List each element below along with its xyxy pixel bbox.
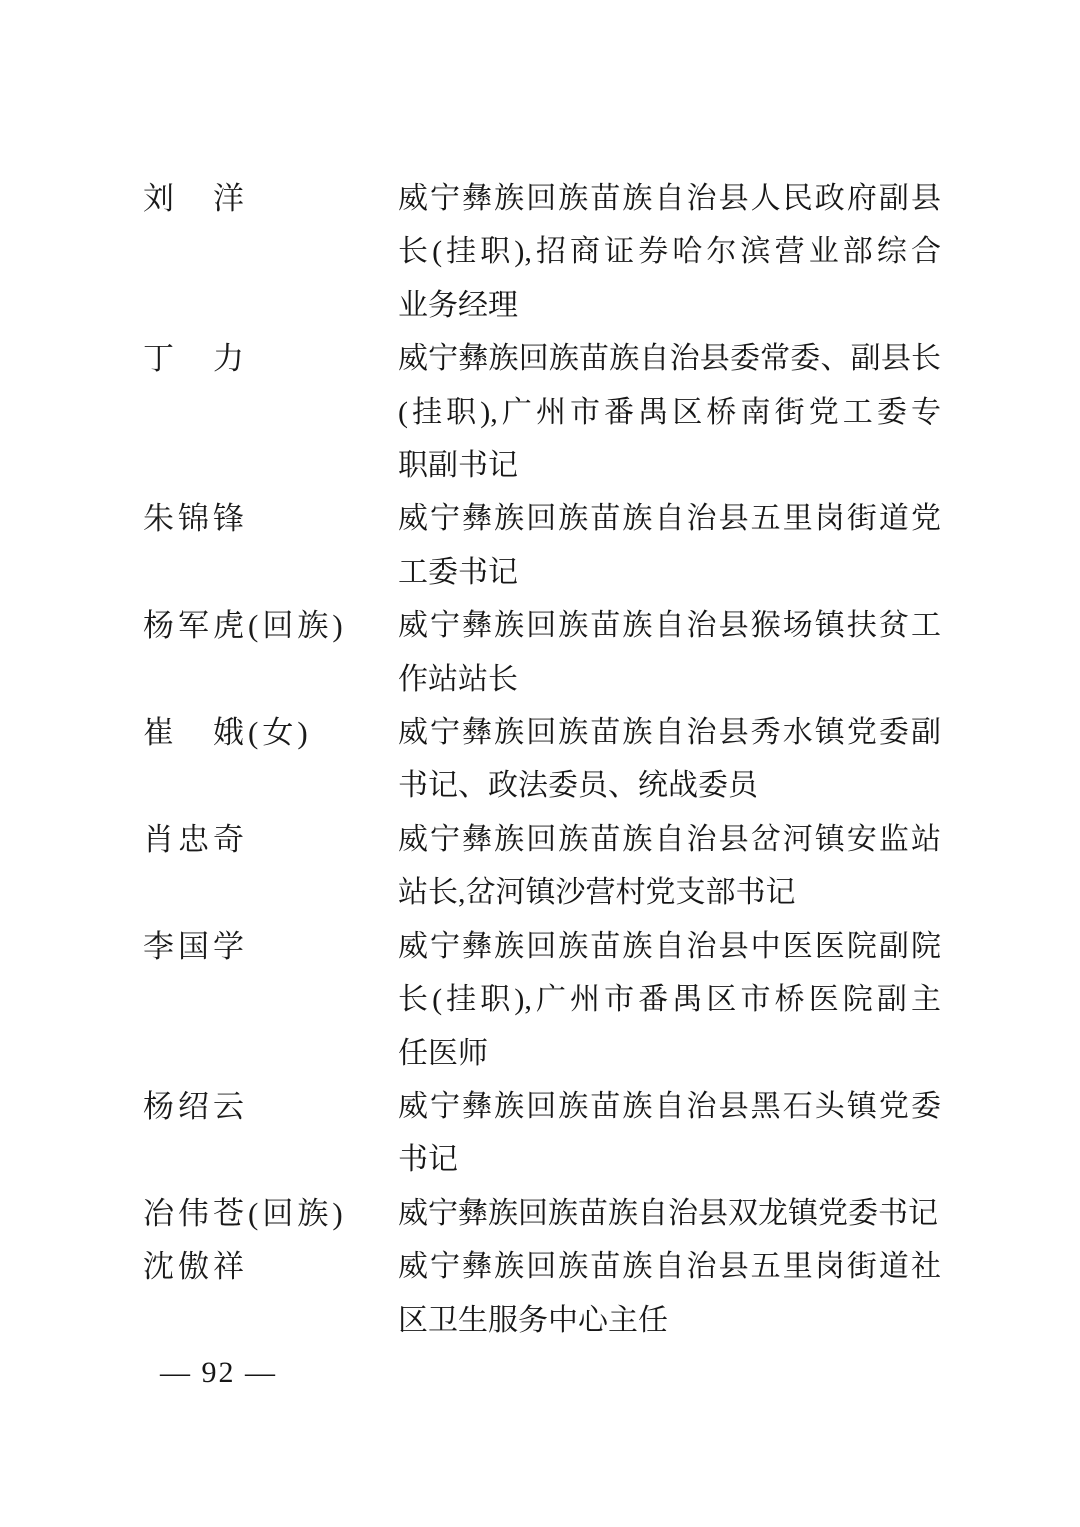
position-line: (挂职),广州市番禺区桥南街党工委专 (398, 386, 941, 439)
position-line: 威宁彝族回族苗族自治县五里岗街道党 (398, 492, 941, 545)
position-line: 威宁彝族回族苗族自治县岔河镇安监站 (398, 813, 941, 866)
person-name: 肖忠奇 (143, 813, 398, 866)
person-name: 杨军虎(回族) (143, 599, 398, 652)
roster-entry: 杨绍云 威宁彝族回族苗族自治县黑石头镇党委书记 (143, 1080, 943, 1187)
roster-entry: 丁 力 威宁彝族回族苗族自治县委常委、副县长(挂职),广州市番禺区桥南街党工委专… (143, 332, 943, 492)
page-number: — 92 — (160, 1352, 277, 1394)
position-line: 威宁彝族回族苗族自治县五里岗街道社 (398, 1240, 941, 1293)
position-line: 威宁彝族回族苗族自治县双龙镇党委书记 (398, 1187, 941, 1240)
person-name: 冶伟苍(回族) (143, 1187, 398, 1240)
person-name: 刘 洋 (143, 172, 398, 225)
person-position: 威宁彝族回族苗族自治县五里岗街道党工委书记 (398, 492, 941, 599)
person-position: 威宁彝族回族苗族自治县委常委、副县长(挂职),广州市番禺区桥南街党工委专职副书记 (398, 332, 941, 492)
person-name: 沈傲祥 (143, 1240, 398, 1293)
position-line: 职副书记 (398, 439, 941, 492)
person-position: 威宁彝族回族苗族自治县猴场镇扶贫工作站站长 (398, 599, 941, 706)
roster-entry: 沈傲祥 威宁彝族回族苗族自治县五里岗街道社区卫生服务中心主任 (143, 1240, 943, 1347)
position-line: 业务经理 (398, 279, 941, 332)
person-position: 威宁彝族回族苗族自治县岔河镇安监站站长,岔河镇沙营村党支部书记 (398, 813, 941, 920)
person-position: 威宁彝族回族苗族自治县五里岗街道社区卫生服务中心主任 (398, 1240, 941, 1347)
person-position: 威宁彝族回族苗族自治县黑石头镇党委书记 (398, 1080, 941, 1187)
person-position: 威宁彝族回族苗族自治县人民政府副县长(挂职),招商证券哈尔滨营业部综合业务经理 (398, 172, 941, 332)
position-line: 威宁彝族回族苗族自治县秀水镇党委副 (398, 706, 941, 759)
person-name: 崔 娥(女) (143, 706, 398, 759)
roster-entry: 杨军虎(回族) 威宁彝族回族苗族自治县猴场镇扶贫工作站站长 (143, 599, 943, 706)
position-line: 站长,岔河镇沙营村党支部书记 (398, 866, 941, 919)
position-line: 作站站长 (398, 653, 941, 706)
person-name: 朱锦锋 (143, 492, 398, 545)
position-line: 威宁彝族回族苗族自治县猴场镇扶贫工 (398, 599, 941, 652)
roster-entry: 崔 娥(女) 威宁彝族回族苗族自治县秀水镇党委副书记、政法委员、统战委员 (143, 706, 943, 813)
person-name: 李国学 (143, 920, 398, 973)
person-position: 威宁彝族回族苗族自治县双龙镇党委书记 (398, 1187, 941, 1240)
person-position: 威宁彝族回族苗族自治县秀水镇党委副书记、政法委员、统战委员 (398, 706, 941, 813)
position-line: 任医师 (398, 1027, 941, 1080)
person-name: 丁 力 (143, 332, 398, 385)
position-line: 威宁彝族回族苗族自治县中医医院副院 (398, 920, 941, 973)
roster-entry: 朱锦锋 威宁彝族回族苗族自治县五里岗街道党工委书记 (143, 492, 943, 599)
position-line: 书记、政法委员、统战委员 (398, 759, 941, 812)
roster-entry: 肖忠奇 威宁彝族回族苗族自治县岔河镇安监站站长,岔河镇沙营村党支部书记 (143, 813, 943, 920)
position-line: 威宁彝族回族苗族自治县人民政府副县 (398, 172, 941, 225)
document-page: { "page": { "background_color": "#ffffff… (0, 0, 1080, 1527)
roster-list: 刘 洋 威宁彝族回族苗族自治县人民政府副县长(挂职),招商证券哈尔滨营业部综合业… (143, 172, 943, 1347)
person-name: 杨绍云 (143, 1080, 398, 1133)
position-line: 威宁彝族回族苗族自治县黑石头镇党委 (398, 1080, 941, 1133)
roster-entry: 刘 洋 威宁彝族回族苗族自治县人民政府副县长(挂职),招商证券哈尔滨营业部综合业… (143, 172, 943, 332)
position-line: 书记 (398, 1133, 941, 1186)
position-line: 区卫生服务中心主任 (398, 1294, 941, 1347)
person-position: 威宁彝族回族苗族自治县中医医院副院长(挂职),广州市番禺区市桥医院副主任医师 (398, 920, 941, 1080)
roster-entry: 冶伟苍(回族) 威宁彝族回族苗族自治县双龙镇党委书记 (143, 1187, 943, 1240)
position-line: 长(挂职),招商证券哈尔滨营业部综合 (398, 225, 941, 278)
position-line: 威宁彝族回族苗族自治县委常委、副县长 (398, 332, 941, 385)
position-line: 长(挂职),广州市番禺区市桥医院副主 (398, 973, 941, 1026)
roster-entry: 李国学 威宁彝族回族苗族自治县中医医院副院长(挂职),广州市番禺区市桥医院副主任… (143, 920, 943, 1080)
position-line: 工委书记 (398, 546, 941, 599)
